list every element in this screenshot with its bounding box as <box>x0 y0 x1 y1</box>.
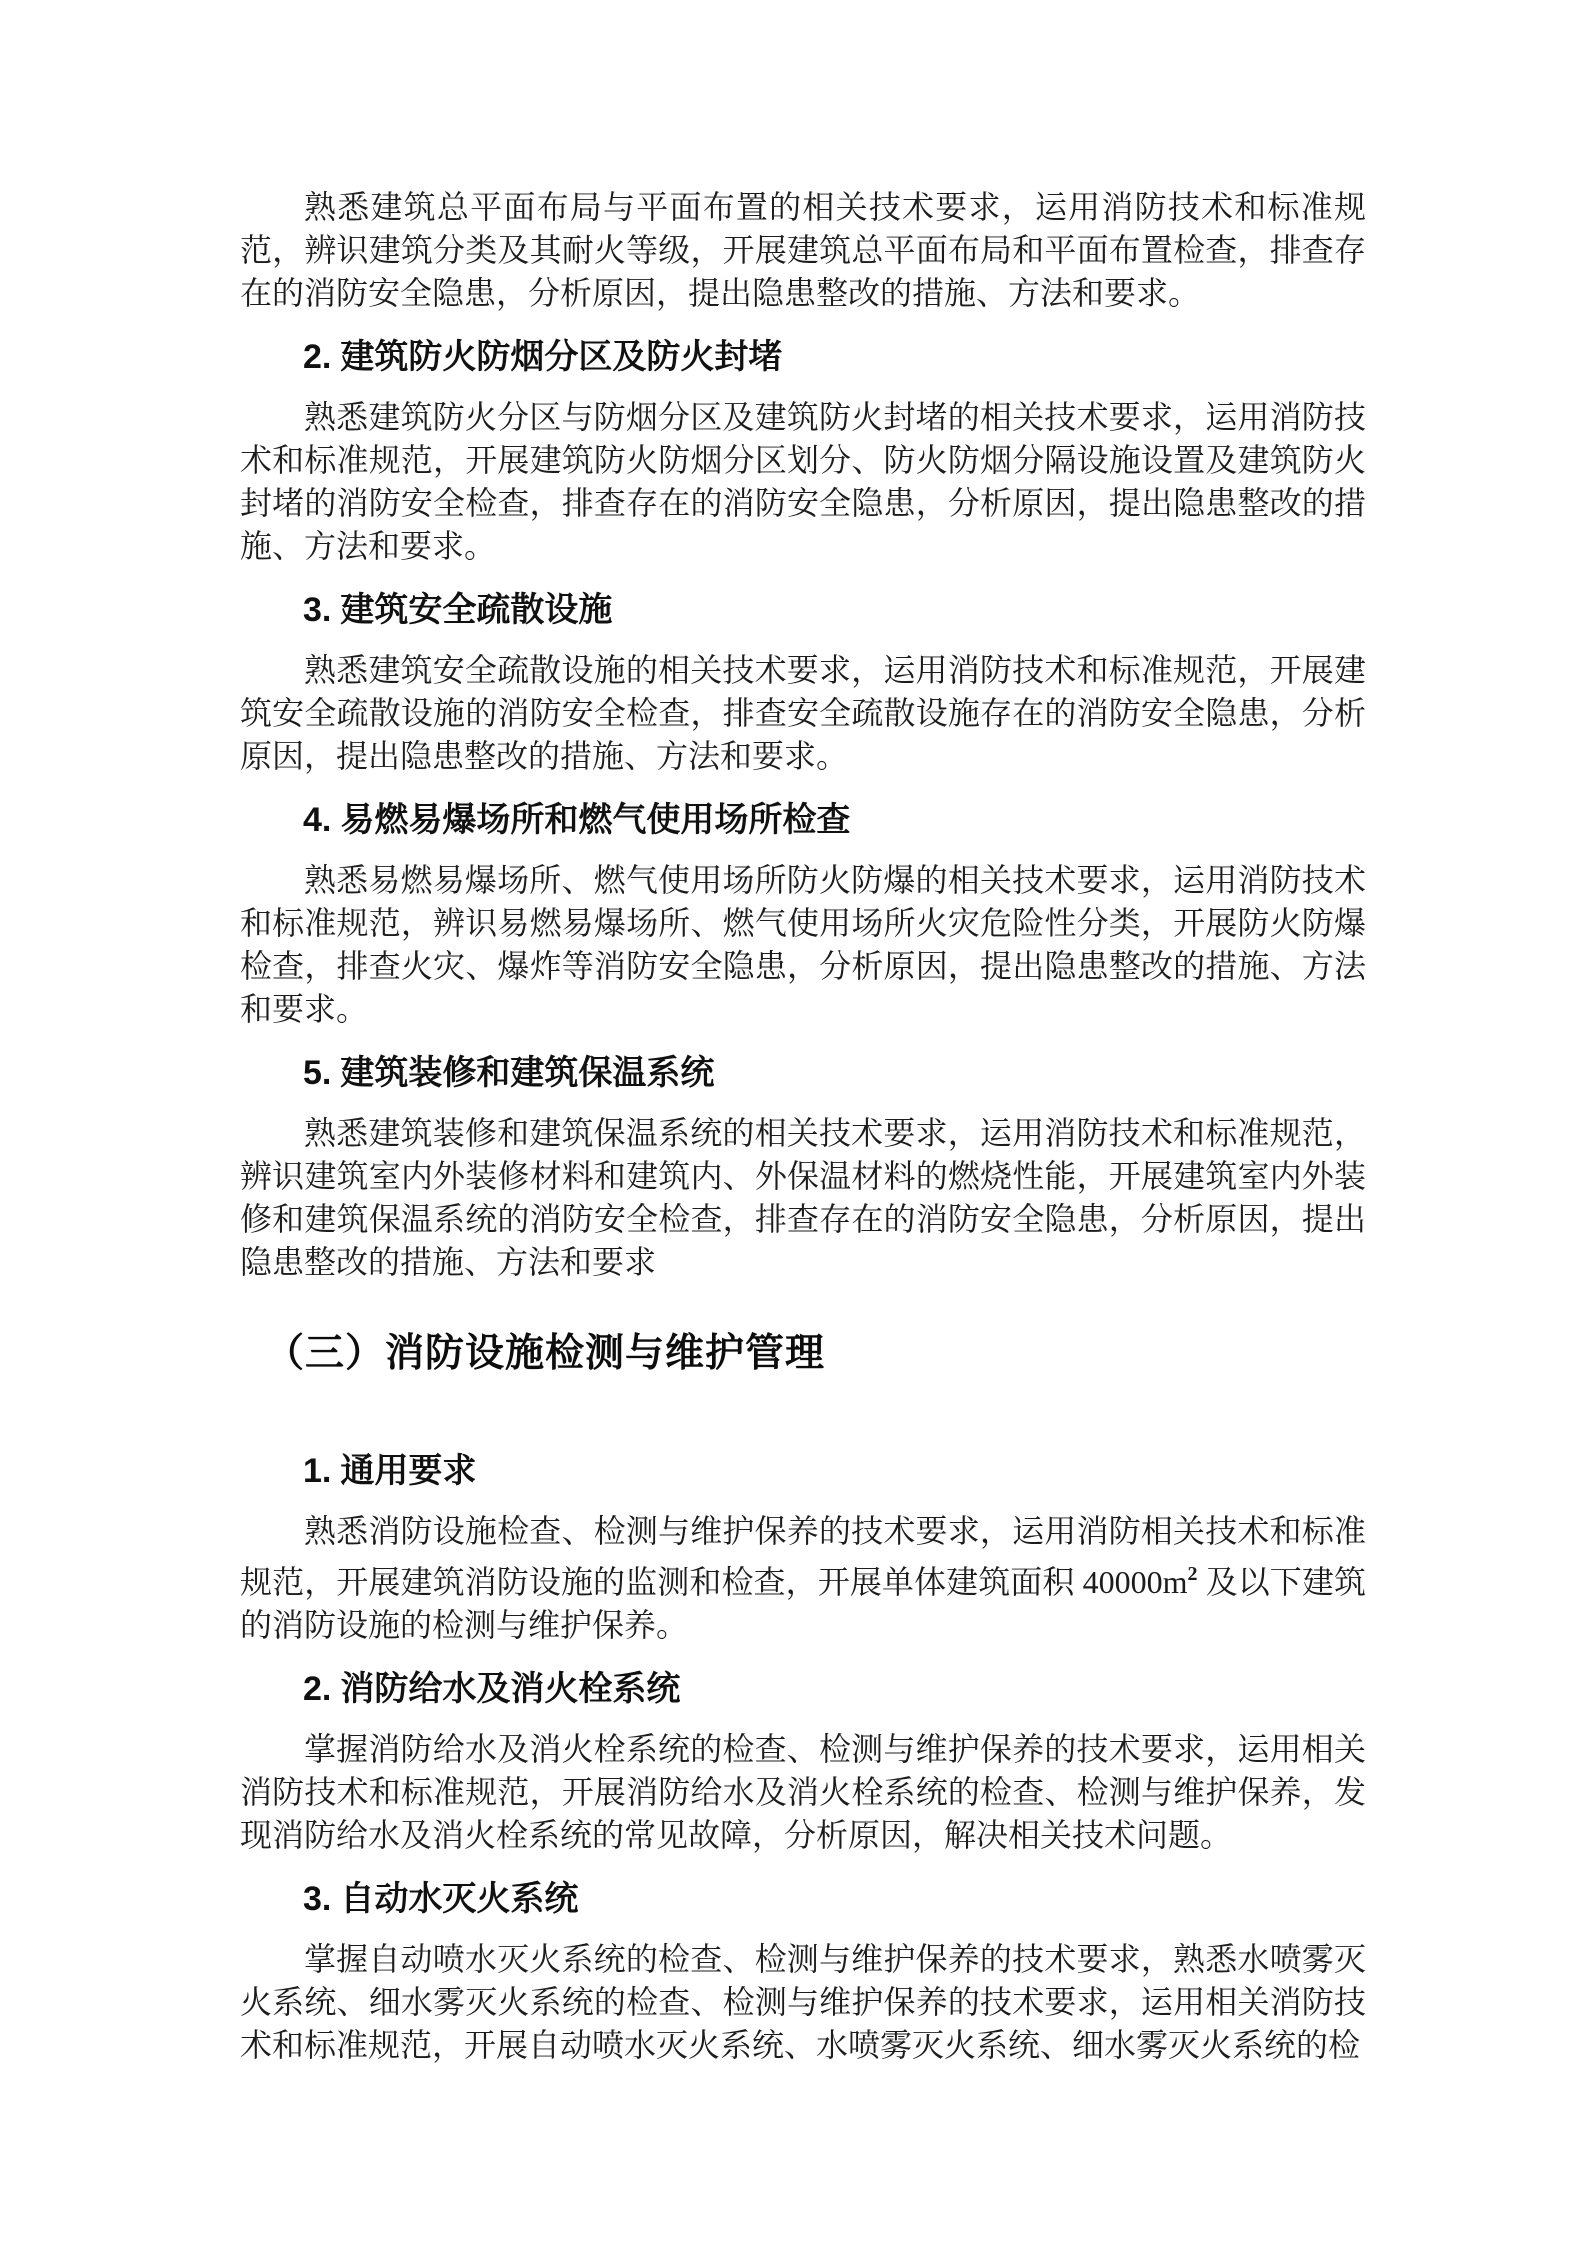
subsection-number: 3. <box>303 591 331 629</box>
subsection-heading: 2.建筑防火防烟分区及防火封堵 <box>303 335 1366 379</box>
subsection-heading: 5.建筑装修和建筑保温系统 <box>303 1051 1366 1095</box>
subsection-paragraph: 熟悉消防设施检查、检测与维护保养的技术要求，运用消防相关技术和标准规范，开展建筑… <box>240 1510 1366 1647</box>
subsection-number: 5. <box>303 1054 331 1092</box>
subsection-title: 消防给水及消火栓系统 <box>340 1670 680 1708</box>
subsection-title: 自动水灭火系统 <box>340 1880 578 1918</box>
subsection-number: 1. <box>303 1452 331 1490</box>
subsection-number: 3. <box>303 1880 331 1918</box>
subsection-number: 2. <box>303 338 331 376</box>
subsection-heading: 1.通用要求 <box>303 1449 1366 1493</box>
document-content: 熟悉建筑总平面布局与平面布置的相关技术要求，运用消防技术和标准规范，辨识建筑分类… <box>240 186 1366 2067</box>
subsection-heading: 3.自动水灭火系统 <box>303 1877 1366 1921</box>
subsection-heading: 4.易燃易爆场所和燃气使用场所检查 <box>303 798 1366 842</box>
subsection-paragraph: 掌握自动喷水灭火系统的检查、检测与维护保养的技术要求，熟悉水喷雾灭火系统、细水雾… <box>240 1938 1366 2067</box>
subsection-heading: 2.消防给水及消火栓系统 <box>303 1667 1366 1711</box>
subsection-title: 建筑防火防烟分区及防火封堵 <box>340 338 782 376</box>
subsection-title: 建筑安全疏散设施 <box>340 591 612 629</box>
subsection-number: 4. <box>303 801 331 839</box>
subsection-paragraph: 熟悉易燃易爆场所、燃气使用场所防火防爆的相关技术要求，运用消防技术和标准规范，辨… <box>240 859 1366 1031</box>
subsection-flammable-gas-sites: 4.易燃易爆场所和燃气使用场所检查 熟悉易燃易爆场所、燃气使用场所防火防爆的相关… <box>240 798 1366 1031</box>
subsection-number: 2. <box>303 1670 331 1708</box>
subsection-automatic-water-extinguishing: 3.自动水灭火系统 掌握自动喷水灭火系统的检查、检测与维护保养的技术要求，熟悉水… <box>240 1877 1366 2067</box>
subsection-paragraph: 熟悉建筑安全疏散设施的相关技术要求，运用消防技术和标准规范，开展建筑安全疏散设施… <box>240 649 1366 778</box>
subsection-evacuation-facilities: 3.建筑安全疏散设施 熟悉建筑安全疏散设施的相关技术要求，运用消防技术和标准规范… <box>240 588 1366 778</box>
square-meter-superscript: 2 <box>1188 1563 1198 1585</box>
subsection-title: 通用要求 <box>340 1452 476 1490</box>
subsection-general-requirements: 1.通用要求 熟悉消防设施检查、检测与维护保养的技术要求，运用消防相关技术和标准… <box>240 1449 1366 1647</box>
section-heading-facility-testing-maintenance: （三）消防设施检测与维护管理 <box>265 1328 1366 1379</box>
subsection-decoration-insulation: 5.建筑装修和建筑保温系统 熟悉建筑装修和建筑保温系统的相关技术要求，运用消防技… <box>240 1051 1366 1284</box>
intro-paragraph: 熟悉建筑总平面布局与平面布置的相关技术要求，运用消防技术和标准规范，辨识建筑分类… <box>240 186 1366 315</box>
subsection-title: 建筑装修和建筑保温系统 <box>340 1054 714 1092</box>
subsection-title: 易燃易爆场所和燃气使用场所检查 <box>340 801 850 839</box>
subsection-paragraph: 熟悉建筑防火分区与防烟分区及建筑防火封堵的相关技术要求，运用消防技术和标准规范，… <box>240 396 1366 568</box>
subsection-paragraph: 掌握消防给水及消火栓系统的检查、检测与维护保养的技术要求，运用相关消防技术和标准… <box>240 1728 1366 1857</box>
subsection-fire-smoke-compartment: 2.建筑防火防烟分区及防火封堵 熟悉建筑防火分区与防烟分区及建筑防火封堵的相关技… <box>240 335 1366 568</box>
subsection-paragraph: 熟悉建筑装修和建筑保温系统的相关技术要求，运用消防技术和标准规范，辨识建筑室内外… <box>240 1112 1366 1284</box>
subsection-heading: 3.建筑安全疏散设施 <box>303 588 1366 632</box>
document-page: 熟悉建筑总平面布局与平面布置的相关技术要求，运用消防技术和标准规范，辨识建筑分类… <box>0 0 1587 2245</box>
subsection-water-supply-hydrant: 2.消防给水及消火栓系统 掌握消防给水及消火栓系统的检查、检测与维护保养的技术要… <box>240 1667 1366 1857</box>
